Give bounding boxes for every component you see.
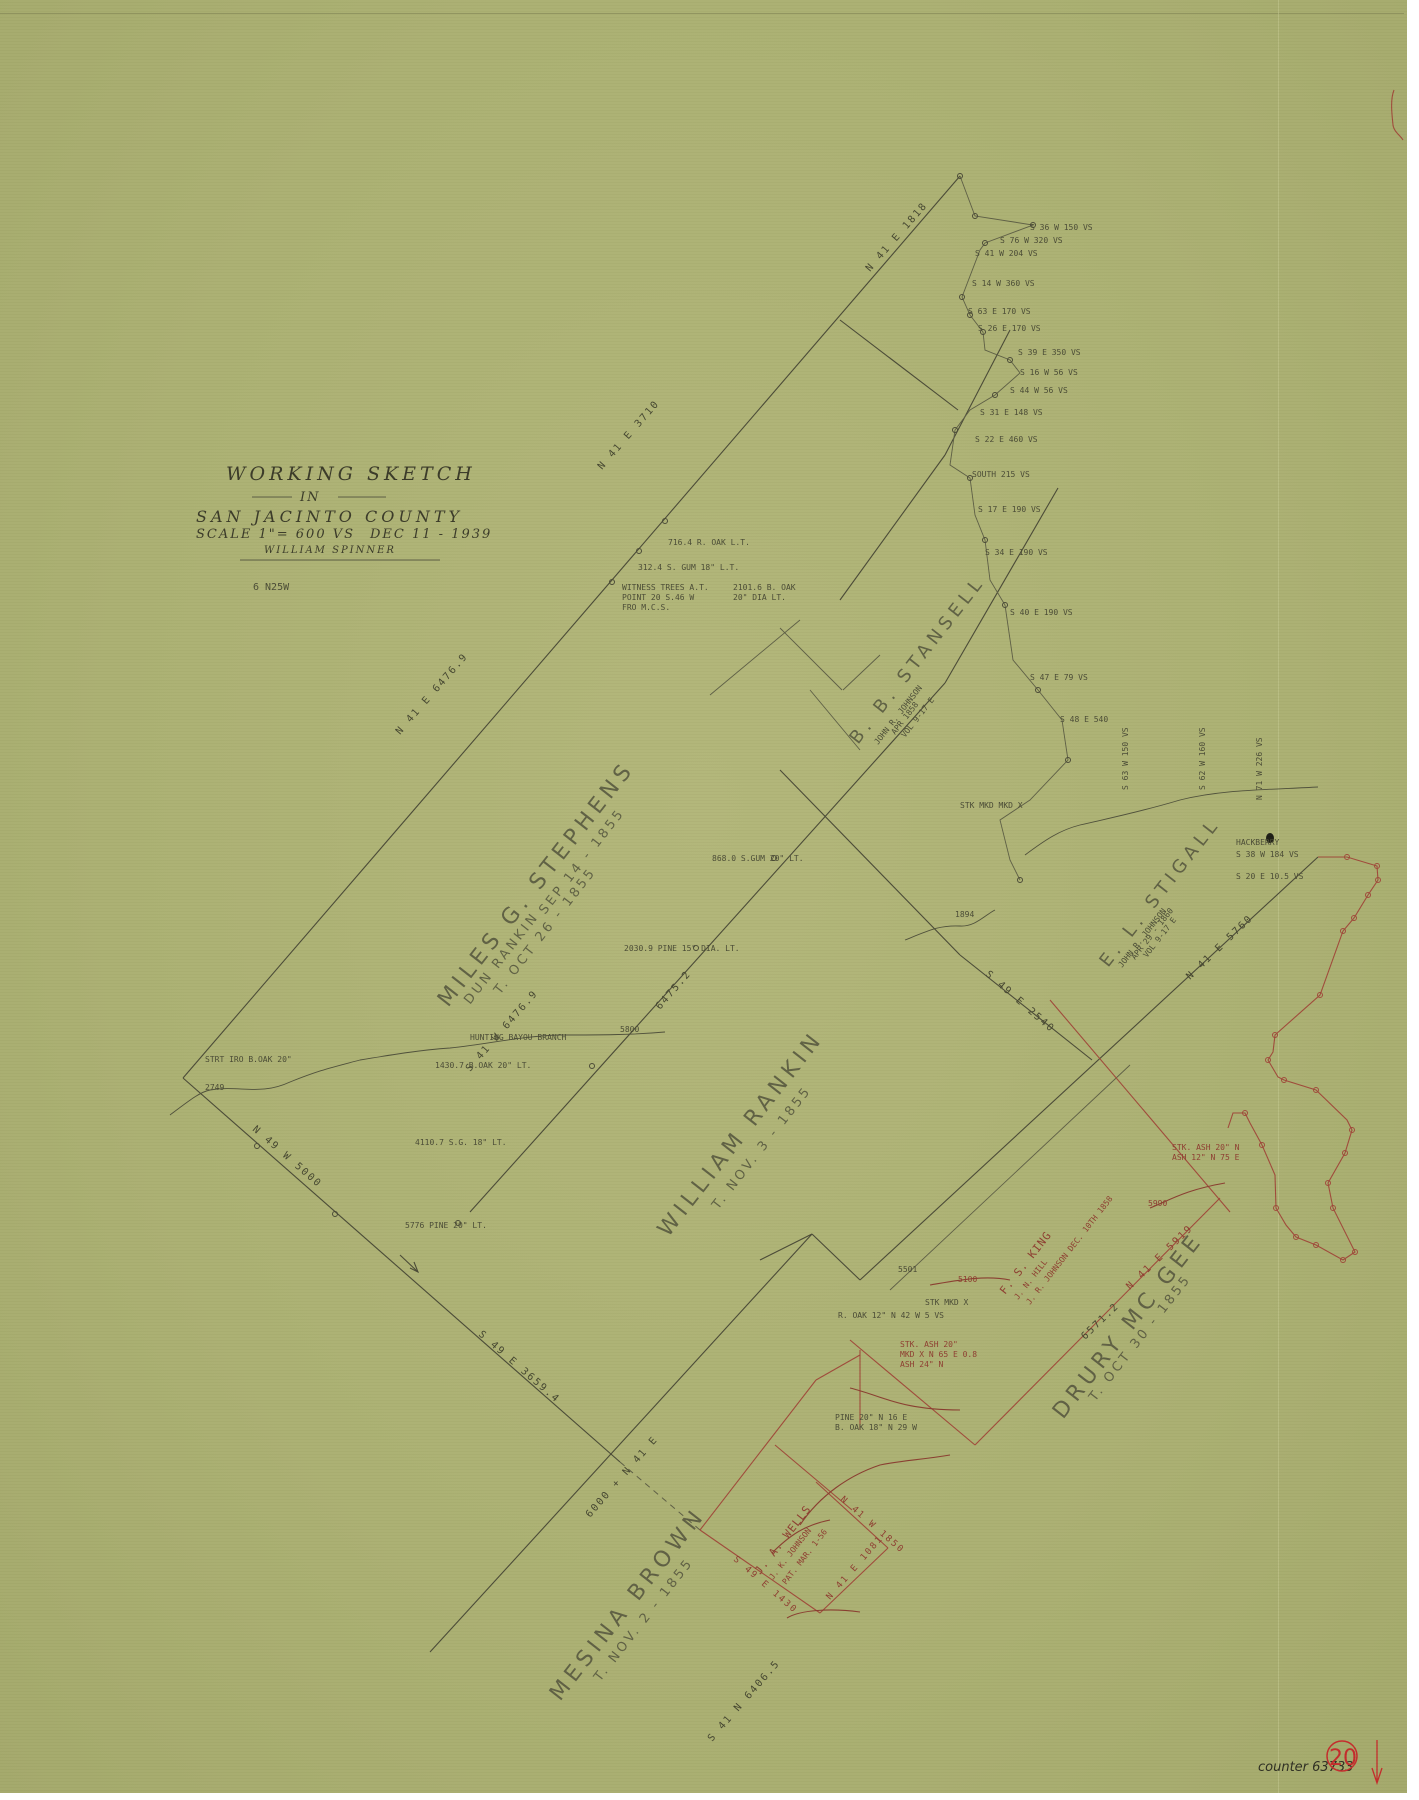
field-note: S 17 E 190 VS: [978, 505, 1041, 514]
field-note: S 34 E 190 VS: [985, 548, 1048, 557]
call-sw-a: N 49 W 5000: [250, 1124, 324, 1190]
line-calls: N 41 E 6476.9 N 41 E 3710 N 41 E 1818 N …: [205, 200, 1256, 1744]
survey-drury-mcgee: DRURY MC GEE: [1048, 1228, 1209, 1424]
field-notes: 716.4 R. OAK L.T. 312.4 S. GUM 18" L.T. …: [205, 223, 1304, 1432]
survey-stigall: E. L. STIGALL: [1095, 814, 1224, 971]
title-in: IN: [299, 490, 321, 505]
field-note: HUNTING BAYOU BRANCH: [470, 1033, 567, 1042]
call-sw-b: S 49 E 3659.4: [476, 1329, 562, 1406]
scale-label: SCALE 1"= 600 VS: [196, 527, 355, 542]
map-title: WORKING SKETCH: [226, 463, 476, 485]
lower-n41e-line: [430, 1234, 812, 1652]
field-note: R. OAK 12" N 42 W 5 VS: [838, 1311, 944, 1320]
red-field-note: PINE 20" N 16 E: [835, 1413, 907, 1422]
red-line-n41e: [820, 1548, 888, 1613]
field-note: 868.0 S.GUM 20" LT.: [712, 854, 804, 863]
creek-mid-label: 5800: [620, 1025, 639, 1034]
field-note: HACKBERRY: [1236, 838, 1280, 847]
date-label: DEC 11 - 1939: [369, 527, 492, 542]
field-note: 4110.7 S.G. 18" LT.: [415, 1138, 507, 1147]
call-nw-line: N 41 E 6476.9: [394, 651, 471, 737]
field-note: S 63 E 170 VS: [968, 307, 1031, 316]
field-note: S 16 W 56 VS: [1020, 368, 1078, 377]
red-field-note: B. OAK 18" N 29 W: [835, 1423, 917, 1432]
field-note: 20" DIA LT.: [733, 593, 786, 602]
field-note: POINT 20 S.46 W: [622, 593, 694, 602]
creek-east-label: 5990: [1148, 1199, 1167, 1208]
field-note: N 71 W 226 VS: [1255, 737, 1264, 800]
field-note: 2101.6 B. OAK: [733, 583, 796, 592]
creeks: [170, 176, 1318, 1115]
compiler-label: WILLIAM SPINNER: [264, 545, 396, 556]
call-main-b: 6475.2: [654, 968, 694, 1012]
direction-arrow: [400, 1255, 418, 1272]
field-note: S 62 W 160 VS: [1198, 727, 1207, 790]
survey-names: MILES G. STEPHENS DUN RANKIN SEP 14 - 18…: [433, 572, 1225, 1706]
red-field-note: 5100: [958, 1275, 977, 1284]
field-note: 5776 PINE 20" LT.: [405, 1221, 487, 1230]
red-field-note: STK. ASH 20" N: [1172, 1143, 1240, 1152]
field-note: 312.4 S. GUM 18" L.T.: [638, 563, 739, 572]
call-lower-b: S 41 N 6406.5: [706, 1658, 783, 1744]
red-field-note: ASH 24" N: [900, 1360, 944, 1369]
call-ne-top: N 41 E 1818: [864, 200, 930, 274]
creek-east-1: [905, 910, 995, 940]
field-note: S 36 W 150 VS: [1030, 223, 1093, 232]
field-note: S 20 E 10.5 VS: [1236, 872, 1304, 881]
title-block: WORKING SKETCH IN SAN JACINTO COUNTY SCA…: [196, 463, 492, 593]
field-note: SOUTH 215 VS: [972, 470, 1030, 479]
red-creek: [800, 1455, 950, 1525]
field-note: WITNESS TREES A.T.: [622, 583, 709, 592]
field-note: S 14 W 360 VS: [972, 279, 1035, 288]
field-note: S 44 W 56 VS: [1010, 386, 1068, 395]
field-note: S 76 W 320 VS: [1000, 236, 1063, 245]
field-note: S 39 E 350 VS: [1018, 348, 1081, 357]
footer: counter 63733 20: [1258, 1740, 1382, 1783]
field-note: 2030.9 PINE 15" DIA. LT.: [624, 944, 740, 953]
call-mid-line: S 49 E 2540: [983, 969, 1057, 1035]
field-note: 1430.7 B.OAK 20" LT.: [435, 1061, 531, 1070]
red-field-note: 5501: [898, 1265, 917, 1274]
hunting-bayou-creek: [170, 1032, 665, 1115]
red-field-note: ASH 12" N 75 E: [1172, 1153, 1240, 1162]
red-field-note: MKD X N 65 E 0.8: [900, 1350, 977, 1359]
survey-william-rankin: WILLIAM RANKIN: [653, 1027, 829, 1242]
field-note: S 26 E 170 VS: [978, 324, 1041, 333]
field-note: FRO M.C.S.: [622, 603, 670, 612]
field-note: S 40 E 190 VS: [1010, 608, 1073, 617]
county-name: SAN JACINTO COUNTY: [196, 507, 463, 526]
call-red-b: N 41 E 1081: [825, 1534, 886, 1602]
survey-drawing: WORKING SKETCH IN SAN JACINTO COUNTY SCA…: [0, 0, 1419, 1800]
field-note: 716.4 R. OAK L.T.: [668, 538, 750, 547]
field-note: S 63 W 150 VS: [1121, 727, 1130, 790]
field-note: STK MKD MKD X: [960, 801, 1023, 810]
sheet-number: 20: [1329, 1746, 1357, 1771]
call-east-line: N 41 E 5760: [1184, 913, 1255, 982]
call-lower-a: 6000 + N 41 E: [584, 1434, 661, 1520]
mid-s49e-line: [780, 770, 960, 955]
field-note: S 41 W 204 VS: [975, 249, 1038, 258]
survey-mesina-brown: MESINA BROWN: [545, 1503, 711, 1706]
survey-stephens: MILES G. STEPHENS: [433, 757, 640, 1012]
crossing-label: 1894: [955, 910, 974, 919]
field-note: S 22 E 460 VS: [975, 435, 1038, 444]
sheet-ref: 6 N25W: [253, 582, 290, 593]
field-note: STRT IRO B.OAK 20": [205, 1055, 292, 1064]
red-field-note: STK. ASH 20": [900, 1340, 958, 1349]
red-line-nw: [700, 1380, 816, 1530]
field-note: S 38 W 184 VS: [1236, 850, 1299, 859]
map-sheet: WORKING SKETCH IN SAN JACINTO COUNTY SCA…: [0, 0, 1407, 1793]
field-note: S 47 E 79 VS: [1030, 673, 1088, 682]
nw-boundary-line: [183, 176, 960, 1078]
field-note: S 48 E 540: [1060, 715, 1108, 724]
creek-start-label: 2749: [205, 1083, 224, 1092]
call-ne-upper: N 41 E 3710: [596, 398, 662, 472]
red-edge-mark: [1392, 90, 1403, 140]
down-arrow-icon: [1372, 1740, 1382, 1783]
field-note: STK MKD X: [925, 1298, 969, 1307]
field-note: S 31 E 148 VS: [980, 408, 1043, 417]
